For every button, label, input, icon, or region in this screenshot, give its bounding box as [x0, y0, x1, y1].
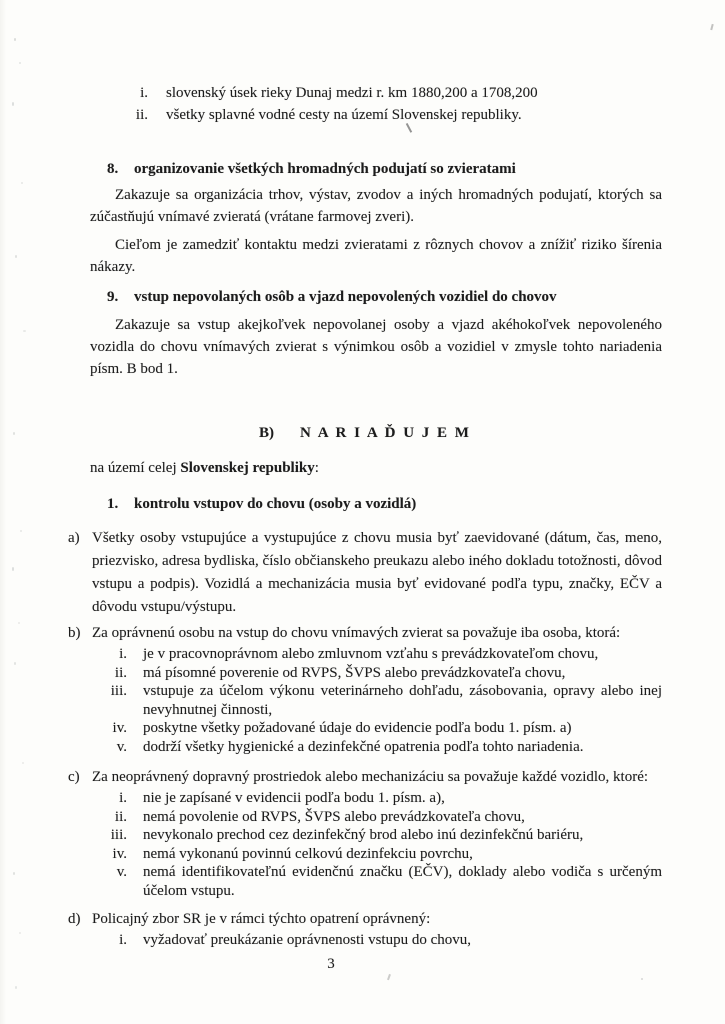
section-9-paragraph-1: Zakazuje sa vstup akejkoľvek nepovolanej… — [90, 314, 662, 380]
sublist-text: je v pracovnoprávnom alebo zmluvnom vzťa… — [143, 645, 662, 664]
scan-speckle — [15, 986, 17, 989]
sublist-text: nemá vykonanú povinnú celkovú dezinfekci… — [143, 845, 662, 864]
item-marker: c) — [68, 766, 92, 789]
sublist-marker: i. — [68, 789, 127, 808]
list-item-marker: i. — [68, 82, 148, 104]
item-c: c) Za neoprávnený dopravný prostriedok a… — [68, 766, 662, 900]
part-b-title: N A R I A Ď U J E M — [300, 425, 471, 441]
scan-speckle — [13, 872, 15, 875]
section-title: organizovanie všetkých hromadných poduja… — [134, 158, 516, 180]
sublist-text: nemá identifikovateľnú evidenčnú značku … — [143, 863, 662, 900]
item-marker: d) — [68, 908, 92, 931]
section-8-paragraph-1: Zakazuje sa organizácia trhov, výstav, z… — [90, 184, 662, 228]
item-b: b) Za oprávnenú osobu na vstup do chovu … — [68, 622, 662, 756]
scan-speckle — [12, 102, 14, 106]
item-marker: a) — [68, 527, 92, 619]
item-b-sublist: i. je v pracovnoprávnom alebo zmluvnom v… — [68, 645, 662, 756]
item-d-sublist: i. vyžadovať preukázanie oprávnenosti vs… — [68, 931, 662, 950]
item-marker: b) — [68, 622, 92, 645]
sublist-marker: iii. — [68, 826, 127, 845]
page-content: i. slovenský úsek rieky Dunaj medzi r. k… — [68, 0, 662, 950]
sublist-item: v. dodrží všetky hygienické a dezinfekčn… — [68, 738, 662, 757]
list-item: i. slovenský úsek rieky Dunaj medzi r. k… — [68, 82, 662, 104]
part-b-heading: B)N A R I A Ď U J E M — [68, 422, 662, 444]
point-number: 1. — [107, 493, 134, 515]
scan-speckle — [21, 182, 23, 184]
sublist-marker: iv. — [68, 719, 127, 738]
sublist-marker: iii. — [68, 682, 127, 719]
scan-speckle — [22, 762, 24, 764]
scan-speckle — [15, 255, 17, 258]
scan-speckle — [23, 330, 26, 332]
intro-prefix: na území celej — [90, 460, 180, 476]
sublist-text: nemá povolenie od RVPS, ŠVPS alebo prevá… — [143, 808, 662, 827]
item-d: d) Policajný zbor SR je v rámci týchto o… — [68, 908, 662, 950]
sublist-marker: ii. — [68, 808, 127, 827]
scan-speckle — [12, 567, 14, 571]
section-8-heading: 8. organizovanie všetkých hromadných pod… — [107, 158, 662, 180]
sublist-item: i. nie je zapísané v evidencii podľa bod… — [68, 789, 662, 808]
list-item: ii. všetky splavné vodné cesty na území … — [68, 104, 662, 126]
sublist-item: iii. vstupuje za účelom výkonu veterinár… — [68, 682, 662, 719]
scan-speckle — [14, 662, 16, 665]
sublist-marker: i. — [68, 931, 127, 950]
scan-speckle — [19, 932, 21, 934]
scan-speckle — [20, 530, 22, 532]
item-lead: c) Za neoprávnený dopravný prostriedok a… — [68, 766, 662, 789]
sublist-marker: iv. — [68, 845, 127, 864]
item-lead-text: Za neoprávnený dopravný prostriedok aleb… — [92, 766, 662, 789]
section-number: 8. — [107, 158, 134, 180]
list-item-marker: ii. — [68, 104, 148, 126]
item-lead-text: Za oprávnenú osobu na vstup do chovu vní… — [92, 622, 662, 645]
section-8-paragraph-2: Cieľom je zamedziť kontaktu medzi zviera… — [90, 234, 662, 278]
sublist-marker: i. — [68, 645, 127, 664]
scan-speckle — [14, 38, 16, 41]
item-lead: b) Za oprávnenú osobu na vstup do chovu … — [68, 622, 662, 645]
intro-suffix: : — [315, 460, 319, 476]
document-page: i. slovenský úsek rieky Dunaj medzi r. k… — [0, 0, 725, 1024]
section-number: 9. — [107, 286, 134, 308]
sublist-item: i. vyžadovať preukázanie oprávnenosti vs… — [68, 931, 662, 950]
list-item-text: slovenský úsek rieky Dunaj medzi r. km 1… — [166, 82, 662, 104]
page-number: 3 — [0, 953, 662, 975]
point-1-heading: 1. kontrolu vstupov do chovu (osoby a vo… — [107, 493, 662, 515]
sublist-item: iv. poskytne všetky požadované údaje do … — [68, 719, 662, 738]
intro-bold: Slovenskej republiky — [180, 460, 314, 476]
sublist-item: ii. má písomné poverenie od RVPS, ŠVPS a… — [68, 664, 662, 683]
sublist-item: ii. nemá povolenie od RVPS, ŠVPS alebo p… — [68, 808, 662, 827]
sublist-marker: v. — [68, 738, 127, 757]
sublist-marker: ii. — [68, 664, 127, 683]
sublist-text: nevykonalo prechod cez dezinfekčný brod … — [143, 826, 662, 845]
sublist-item: i. je v pracovnoprávnom alebo zmluvnom v… — [68, 645, 662, 664]
part-b-label: B) — [259, 425, 274, 441]
item-lead: d) Policajný zbor SR je v rámci týchto o… — [68, 908, 662, 931]
sublist-text: dodrží všetky hygienické a dezinfekčné o… — [143, 738, 662, 757]
item-lead-text: Policajný zbor SR je v rámci týchto opat… — [92, 908, 662, 931]
sublist-text: má písomné poverenie od RVPS, ŠVPS alebo… — [143, 664, 662, 683]
sublist-item: iv. nemá vykonanú povinnú celkovú dezinf… — [68, 845, 662, 864]
list-item-text: všetky splavné vodné cesty na území Slov… — [166, 104, 662, 126]
item-text: Všetky osoby vstupujúce a vystupujúce z … — [92, 527, 662, 619]
sublist-text: nie je zapísané v evidencii podľa bodu 1… — [143, 789, 662, 808]
scan-mark — [641, 978, 643, 980]
scan-speckle — [19, 62, 21, 64]
sublist-text: vyžadovať preukázanie oprávnenosti vstup… — [143, 931, 662, 950]
scan-speckle — [13, 432, 15, 435]
scan-speckle — [18, 622, 20, 624]
item-c-sublist: i. nie je zapísané v evidencii podľa bod… — [68, 789, 662, 900]
point-title: kontrolu vstupov do chovu (osoby a vozid… — [134, 493, 416, 515]
sublist-text: vstupuje za účelom výkonu veterinárneho … — [143, 682, 662, 719]
sublist-item: iii. nevykonalo prechod cez dezinfekčný … — [68, 826, 662, 845]
item-a: a) Všetky osoby vstupujúce a vystupujúce… — [68, 527, 662, 619]
section-title: vstup nepovolaných osôb a vjazd nepovole… — [134, 286, 557, 308]
waterways-list: i. slovenský úsek rieky Dunaj medzi r. k… — [68, 82, 662, 126]
sublist-text: poskytne všetky požadované údaje do evid… — [143, 719, 662, 738]
sublist-marker: v. — [68, 863, 127, 900]
sublist-item: v. nemá identifikovateľnú evidenčnú znač… — [68, 863, 662, 900]
part-b-intro: na území celej Slovenskej republiky: — [90, 457, 662, 479]
scan-mark — [710, 24, 713, 30]
section-9-heading: 9. vstup nepovolaných osôb a vjazd nepov… — [107, 286, 662, 308]
